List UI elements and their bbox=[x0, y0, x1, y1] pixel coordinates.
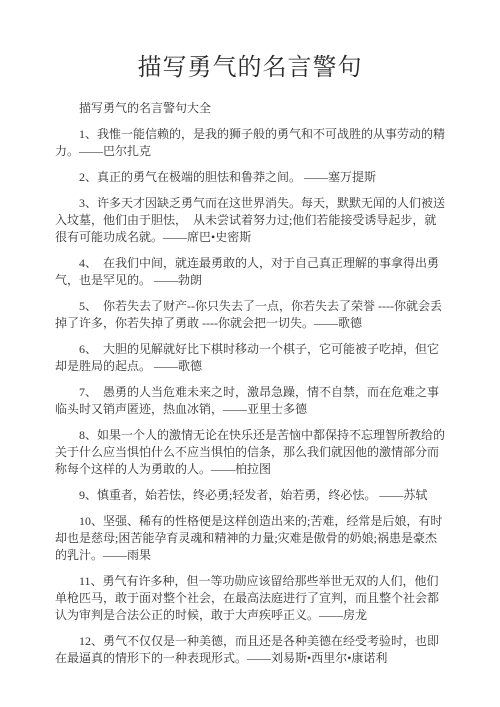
quote-item-5: 5、 你若失去了财产--你只失去了一点，你若失去了荣誉 ----你就会丢掉了许多… bbox=[55, 298, 445, 332]
page-title: 描写勇气的名言警句 bbox=[0, 0, 500, 86]
quote-item-4: 4、 在我们中间，就连最勇敢的人，对于自己真正理解的事拿得出勇气，也是罕见的。 … bbox=[55, 255, 445, 289]
document-subtitle: 描写勇气的名言警句大全 bbox=[55, 100, 445, 117]
quote-item-6: 6、 大胆的见解就好比下棋时移动一个棋子，它可能被子吃掉，但它却是胜局的起点。 … bbox=[55, 341, 445, 375]
quote-item-7: 7、 愚勇的人当危难未来之时，激昂急躁，情不自禁，而在危难之事临头时又销声匿迹，… bbox=[55, 384, 445, 418]
document-page: 描写勇气的名言警句 描写勇气的名言警句大全 1、我惟一能信赖的，是我的狮子般的勇… bbox=[0, 0, 500, 707]
quote-item-3: 3、许多天才因缺乏勇气而在这世界消失。每天，默默无闻的人们被送入坟墓，他们由于胆… bbox=[55, 195, 445, 246]
quote-item-10: 10、坚强、稀有的性格便是这样创造出来的;苦难，经常是后娘，有时却也是慈母;困苦… bbox=[55, 513, 445, 564]
document-body: 描写勇气的名言警句大全 1、我惟一能信赖的，是我的狮子般的勇气和不可战胜的从事劳… bbox=[55, 100, 445, 667]
quote-item-9: 9、慎重者，始若怯，终必勇;轻发者，始若勇，终必怯。 ——苏轼 bbox=[55, 487, 445, 504]
quote-item-12: 12、勇气不仅仅是一种美德，而且还是各种美德在经受考验时，也即在最逼真的情形下的… bbox=[55, 633, 445, 667]
quote-item-11: 11、勇气有许多种，但一等功勋应该留给那些举世无双的人们，他们单枪匹马，敢于面对… bbox=[55, 573, 445, 624]
quote-item-8: 8、如果一个人的激情无论在快乐还是苦恼中都保持不忘理智所教给的关于什么应当惧怕什… bbox=[55, 427, 445, 478]
quote-item-2: 2、真正的勇气在极端的胆怯和鲁莽之间。 ——塞万提斯 bbox=[55, 169, 445, 186]
quote-item-1: 1、我惟一能信赖的，是我的狮子般的勇气和不可战胜的从事劳动的精力。——巴尔扎克 bbox=[55, 126, 445, 160]
